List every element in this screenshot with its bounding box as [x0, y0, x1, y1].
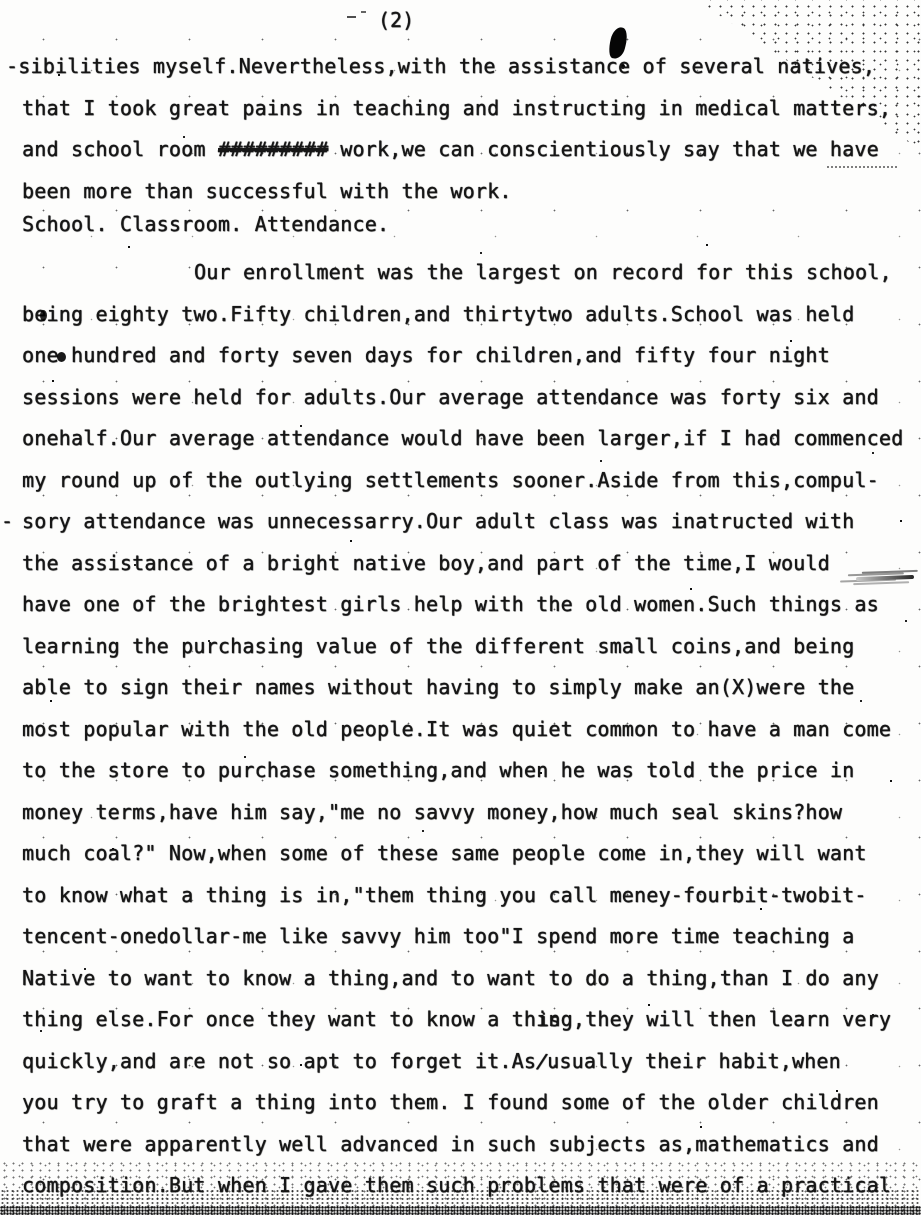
text-segment: usually their habit,when	[547, 1049, 841, 1073]
text-line: Native to want to know a thing,and to wa…	[22, 958, 903, 1000]
ink-smear-being	[40, 310, 47, 321]
text-line: you try to graft a thing into them. I fo…	[22, 1082, 903, 1124]
text-line: learning the purchasing value of the dif…	[22, 626, 903, 668]
text-line: much coal?" Now,when some of these same …	[22, 833, 903, 875]
text-segment: quickly,and are not so apt to forget it.…	[22, 1049, 536, 1073]
text-line: to the store to purchase something,and w…	[22, 750, 903, 792]
text-line: able to sign their names without having …	[22, 667, 903, 709]
text-line: that were apparently well advanced in su…	[22, 1124, 903, 1166]
text-segment: work,we can conscientiously say that we …	[328, 137, 879, 161]
document-text: -sibilities myself.Nevertheless,with the…	[22, 46, 903, 1207]
text-line-with-insertion: quickly,and are not so apt to forget it.…	[22, 1041, 903, 1083]
struck-out-text: #########	[216, 129, 329, 171]
scan-specks	[0, 0, 2, 2]
text-line: sessions were held for adults.Our averag…	[22, 377, 903, 419]
text-line: thing else.For once they want to know a …	[22, 999, 903, 1041]
section-heading: School. Classroom. Attendance.	[22, 212, 903, 242]
text-line: one hundred and forty seven days for chi…	[22, 335, 903, 377]
text-segment: and school room	[22, 137, 218, 161]
text-line: money terms,have him say,"me no savvy mo…	[22, 792, 903, 834]
scan-noise-bottom-edge	[0, 1206, 921, 1215]
insertion-caret: is/	[536, 1041, 547, 1083]
inserted-word: is	[538, 1012, 560, 1030]
text-line: that I took great pains in teaching and …	[22, 88, 903, 130]
text-line: the assistance of a bright native boy,an…	[22, 543, 903, 585]
page-number: (2)	[378, 8, 414, 32]
text-line: have one of the brightest girls help wit…	[22, 584, 903, 626]
stray-dash-mark-small	[361, 11, 366, 13]
margin-mark: -	[1, 501, 13, 543]
text-line: my round up of the outlying settlements …	[22, 460, 903, 502]
ink-smear-one-hundred	[57, 352, 66, 362]
text-line: onehalf.Our average attendance would hav…	[22, 418, 903, 460]
text-line: tencent-onedollar-me like savvy him too"…	[22, 916, 903, 958]
text-line-with-margin-mark: -sory attendance was unnecessarry.Our ad…	[22, 501, 903, 543]
stray-dash-mark	[347, 16, 356, 18]
text-line: to know what a thing is in,"them thing y…	[22, 875, 903, 917]
text-line-with-strikeout: and school room ######### work,we can co…	[22, 129, 903, 171]
text-segment: sory attendance was unnecessarry.Our adu…	[22, 509, 854, 533]
text-line: -sibilities myself.Nevertheless,with the…	[22, 46, 903, 88]
text-line: Our enrollment was the largest on record…	[22, 252, 903, 294]
scanned-document-page: (2) -sibilities myself.Nevertheless,with…	[0, 0, 921, 1215]
text-line: being eighty two.Fifty children,and thir…	[22, 294, 903, 336]
text-line: composition.But when I gave them such pr…	[22, 1165, 903, 1207]
text-line: been more than successful with the work.	[22, 171, 903, 213]
text-line: most popular with the old people.It was …	[22, 709, 903, 751]
